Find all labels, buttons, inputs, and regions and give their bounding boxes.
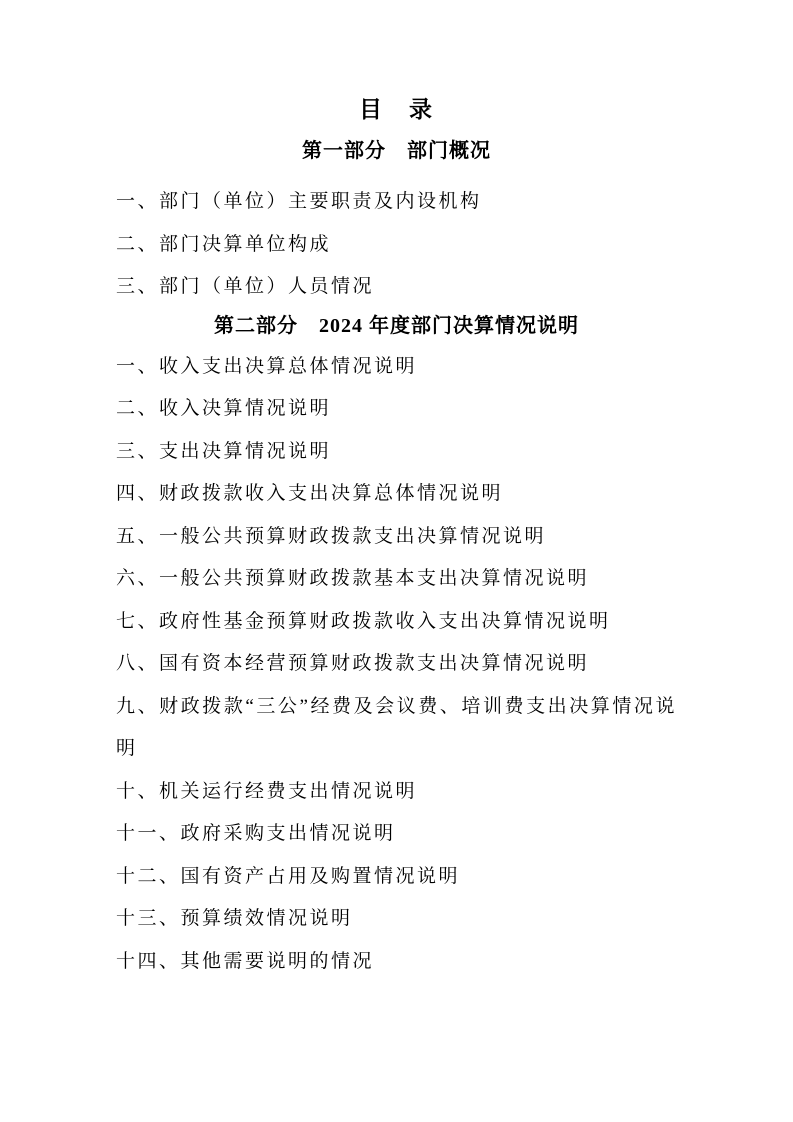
toc-item-part2-4: 四、财政拨款收入支出决算总体情况说明 xyxy=(116,473,677,516)
toc-item-part2-12: 十二、国有资产占用及购置情况说明 xyxy=(116,856,677,899)
toc-item-part1-1: 一、部门（单位）主要职责及内设机构 xyxy=(116,181,677,224)
toc-item-part2-1: 一、收入支出决算总体情况说明 xyxy=(116,346,677,389)
toc-item-part2-2: 二、收入决算情况说明 xyxy=(116,388,677,431)
toc-content: 目 录 第一部分 部门概况 一、部门（单位）主要职责及内设机构 二、部门决算单位… xyxy=(0,0,793,983)
toc-item-part1-2: 二、部门决算单位构成 xyxy=(116,224,677,267)
toc-item-part2-6: 六、一般公共预算财政拨款基本支出决算情况说明 xyxy=(116,558,677,601)
doc-title: 目 录 xyxy=(116,92,677,128)
part-1-heading: 第一部分 部门概况 xyxy=(116,134,677,168)
toc-item-part2-8: 八、国有资本经营预算财政拨款支出决算情况说明 xyxy=(116,643,677,686)
toc-item-part2-14: 十四、其他需要说明的情况 xyxy=(116,941,677,984)
toc-item-part1-3: 三、部门（单位）人员情况 xyxy=(116,266,677,309)
part-2-toc-list: 一、收入支出决算总体情况说明 二、收入决算情况说明 三、支出决算情况说明 四、财… xyxy=(116,346,677,984)
toc-item-part2-5: 五、一般公共预算财政拨款支出决算情况说明 xyxy=(116,516,677,559)
part-1-toc-list: 一、部门（单位）主要职责及内设机构 二、部门决算单位构成 三、部门（单位）人员情… xyxy=(116,181,677,309)
toc-item-part2-13: 十三、预算绩效情况说明 xyxy=(116,898,677,941)
toc-item-part2-7: 七、政府性基金预算财政拨款收入支出决算情况说明 xyxy=(116,601,677,644)
toc-item-part2-3: 三、支出决算情况说明 xyxy=(116,431,677,474)
toc-item-part2-11: 十一、政府采购支出情况说明 xyxy=(116,813,677,856)
toc-item-part2-10: 十、机关运行经费支出情况说明 xyxy=(116,771,677,814)
toc-item-part2-9: 九、财政拨款“三公”经费及会议费、培训费支出决算情况说明 xyxy=(116,686,677,771)
document-page: 目 录 第一部分 部门概况 一、部门（单位）主要职责及内设机构 二、部门决算单位… xyxy=(0,0,793,1122)
part-2-heading: 第二部分 2024 年度部门决算情况说明 xyxy=(116,309,677,343)
